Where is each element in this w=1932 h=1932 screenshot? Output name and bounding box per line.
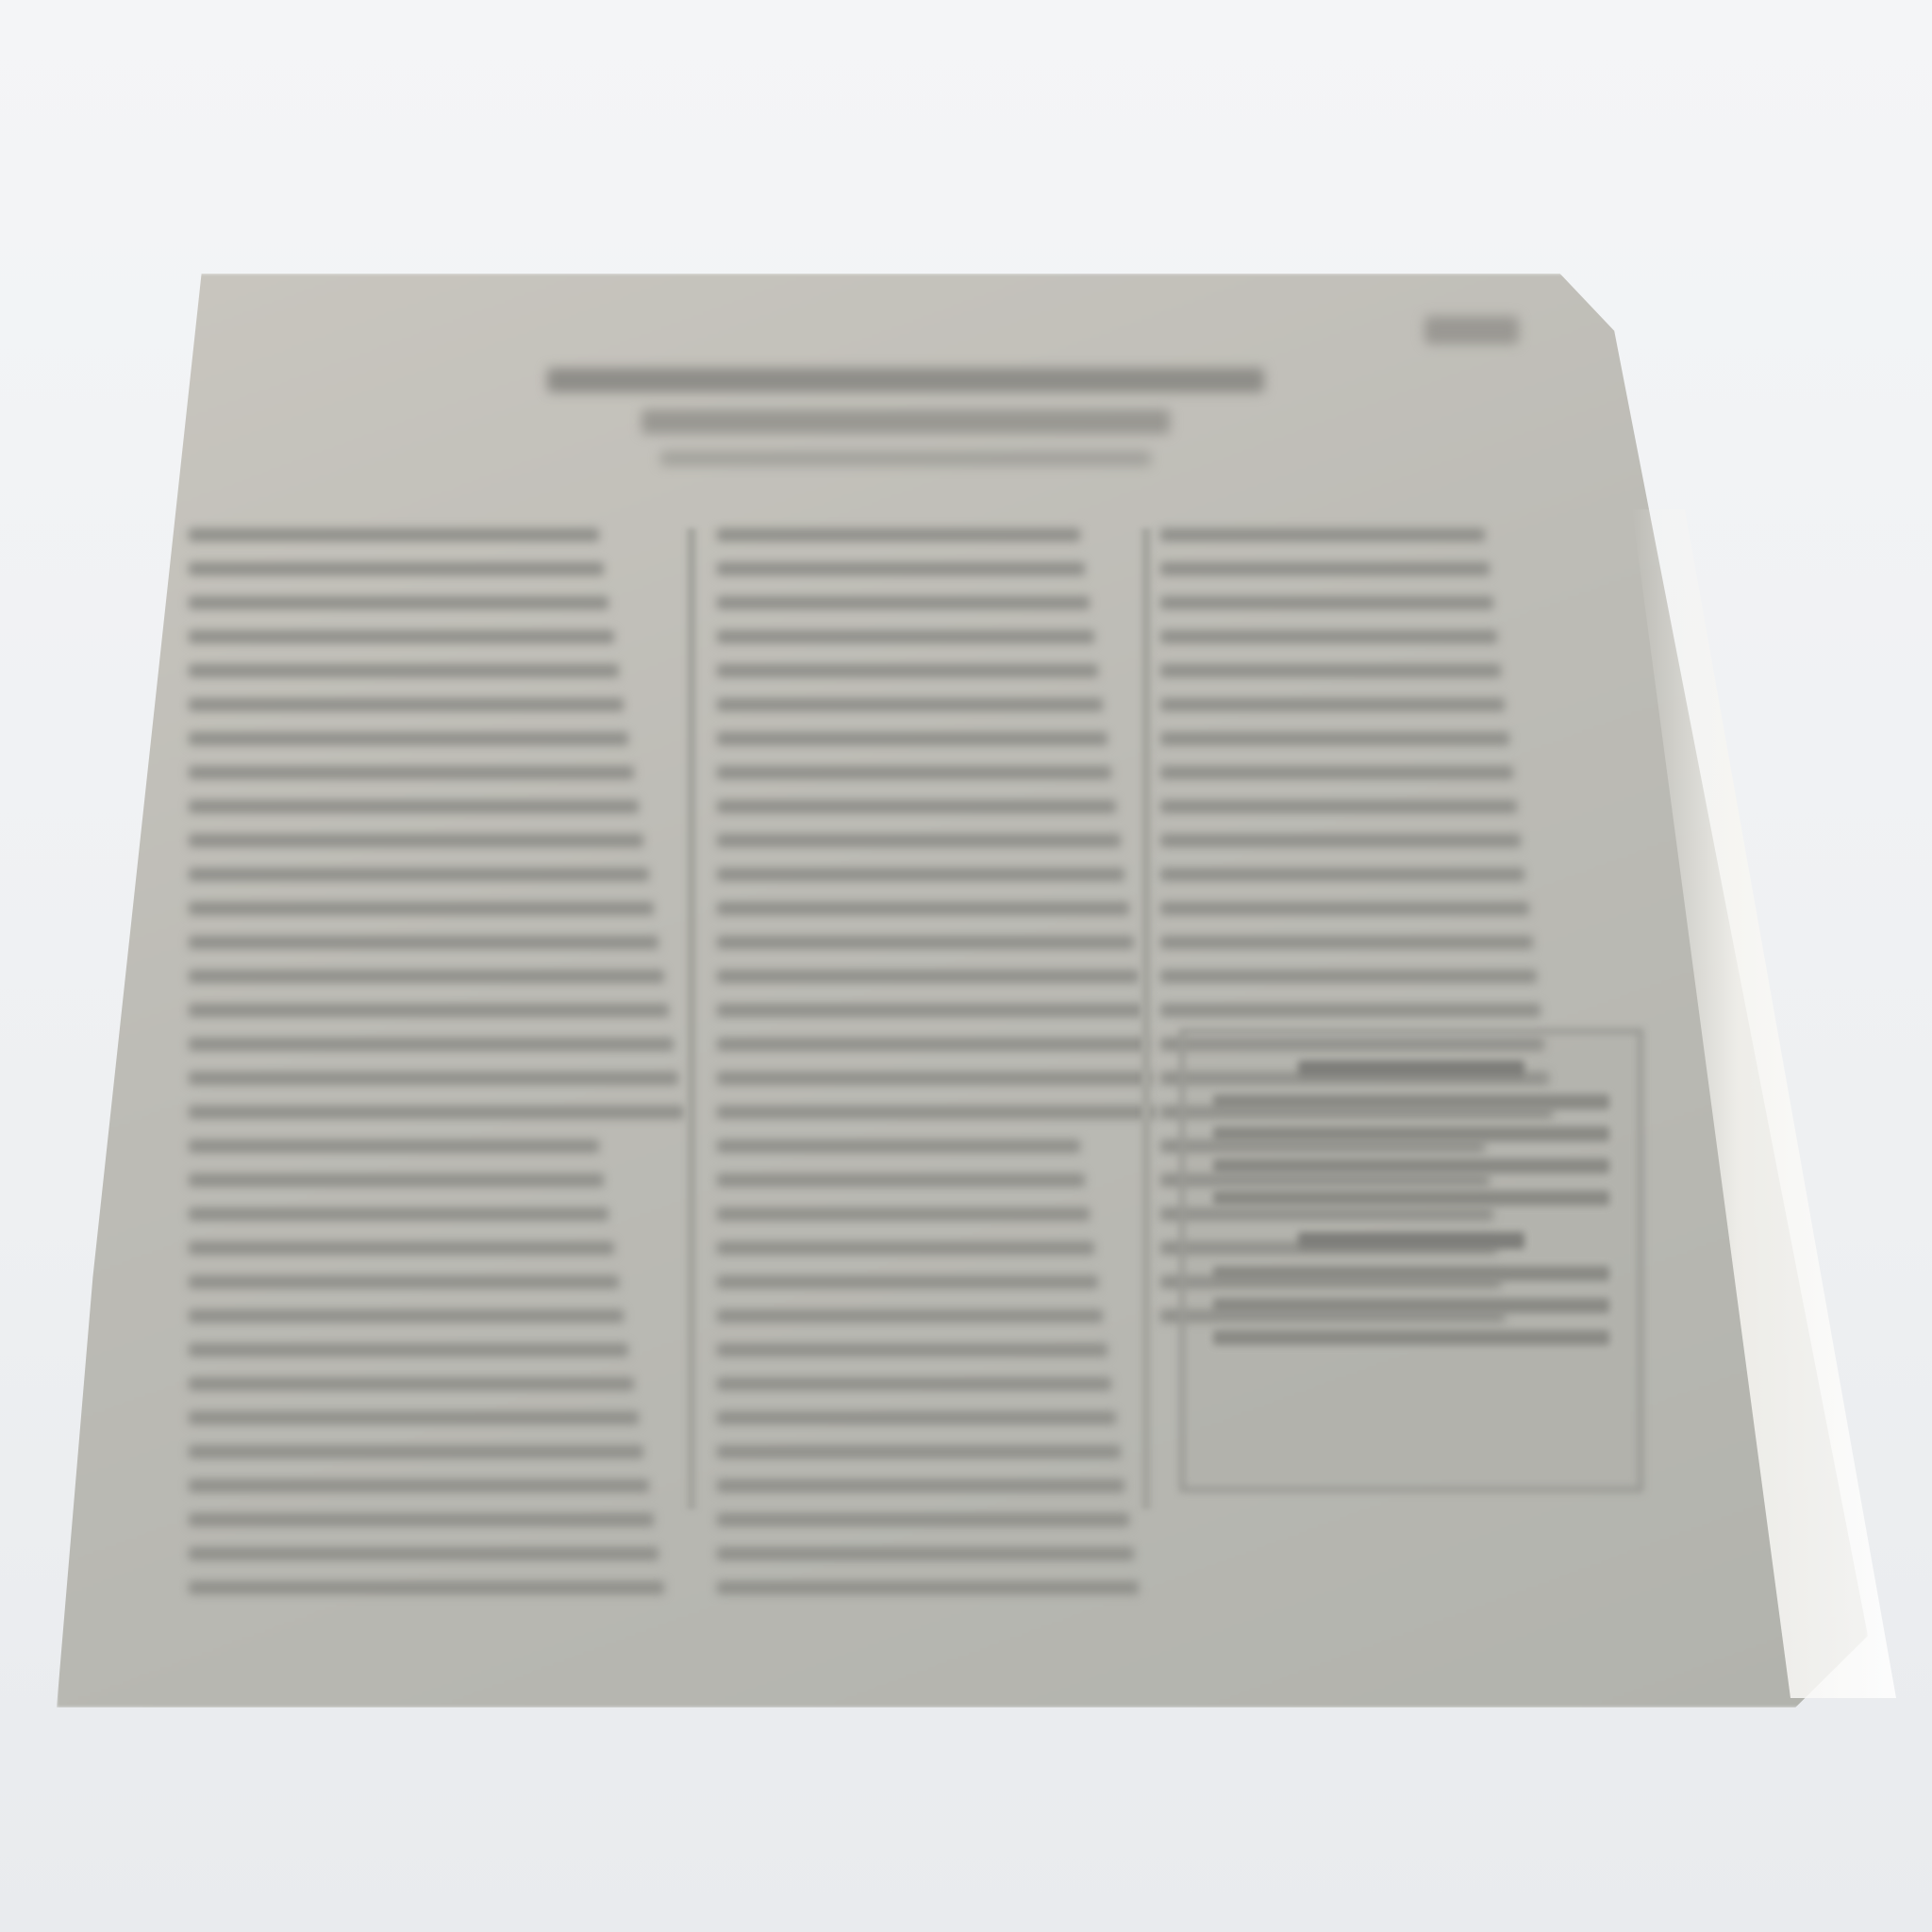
column-divider [1141,528,1151,1509]
liner-notes-column-1 [189,528,689,1615]
text-line [189,528,599,541]
text-line [717,1513,1129,1526]
photo [0,0,1932,1932]
text-line [189,936,658,949]
text-line [717,1547,1134,1560]
text-line [717,1174,1085,1187]
text-line [717,1241,1094,1255]
text-line [189,1445,643,1458]
text-line [189,1207,608,1221]
text-line [717,766,1111,779]
credits-inset-box [1179,1028,1643,1492]
text-line [717,1106,1156,1119]
text-line [717,1309,1103,1323]
credits-line [660,451,1151,466]
text-line [189,1275,619,1289]
text-line [1160,732,1509,745]
inset-heading [1298,1060,1524,1077]
text-line [717,800,1116,813]
text-line [189,1513,654,1526]
text-line [189,1377,634,1391]
inset-line [1213,1330,1609,1345]
text-line [1160,902,1529,915]
text-line [1160,528,1485,541]
inset-heading [1298,1232,1524,1249]
text-line [189,800,639,813]
title-line [547,368,1264,392]
text-line [1160,664,1501,677]
text-line [189,732,628,745]
text-line [717,868,1124,881]
text-line [717,936,1134,949]
text-line [717,1038,1147,1051]
text-line [189,1106,684,1119]
text-line [717,1411,1116,1424]
text-line [189,1140,599,1153]
text-line [717,970,1139,983]
text-line [189,1343,628,1357]
text-line [717,664,1098,677]
inset-line [1213,1266,1609,1281]
text-line [717,698,1103,711]
text-line [1160,766,1513,779]
text-line [717,1479,1124,1492]
text-line [717,596,1090,609]
text-line [1160,834,1521,847]
text-line [189,1411,639,1424]
text-line [189,766,634,779]
text-line [189,970,664,983]
text-line [717,1275,1098,1289]
text-line [189,834,643,847]
text-line [189,1241,614,1255]
inset-line [1213,1094,1609,1109]
text-line [717,1004,1142,1017]
text-line [189,596,608,609]
inset-line [1213,1191,1609,1206]
text-line [1160,596,1493,609]
text-line [189,698,624,711]
inset-line [1213,1126,1609,1141]
text-line [1160,936,1533,949]
text-line [189,1309,624,1323]
text-line [189,1038,674,1051]
album-title-block [528,368,1283,491]
text-line [717,1072,1152,1085]
text-line [189,562,604,575]
text-line [1160,970,1537,983]
text-line [717,630,1094,643]
text-line [189,1072,678,1085]
catalog-mark [1424,316,1519,344]
text-line [189,664,619,677]
text-line [189,868,649,881]
text-line [717,732,1108,745]
text-line [1160,868,1524,881]
text-line [189,630,614,643]
text-line [717,1445,1121,1458]
text-line [1160,562,1490,575]
text-line [717,1343,1108,1357]
text-line [189,1547,658,1560]
text-line [717,1377,1111,1391]
text-line [717,562,1085,575]
text-line [717,1140,1080,1153]
text-line [1160,630,1497,643]
text-line [189,902,654,915]
liner-notes-column-2 [717,528,1160,1615]
text-line [189,1479,649,1492]
text-line [1160,698,1505,711]
text-line [1160,800,1517,813]
text-line [189,1004,669,1017]
text-line [1160,1004,1541,1017]
text-line [717,834,1121,847]
text-line [717,1207,1090,1221]
subtitle-line [641,409,1170,434]
text-line [717,528,1080,541]
inset-line [1213,1298,1609,1313]
text-line [189,1581,664,1594]
text-line [717,902,1129,915]
inset-line [1213,1158,1609,1174]
column-divider [687,528,696,1509]
text-line [189,1174,604,1187]
text-line [717,1581,1139,1594]
